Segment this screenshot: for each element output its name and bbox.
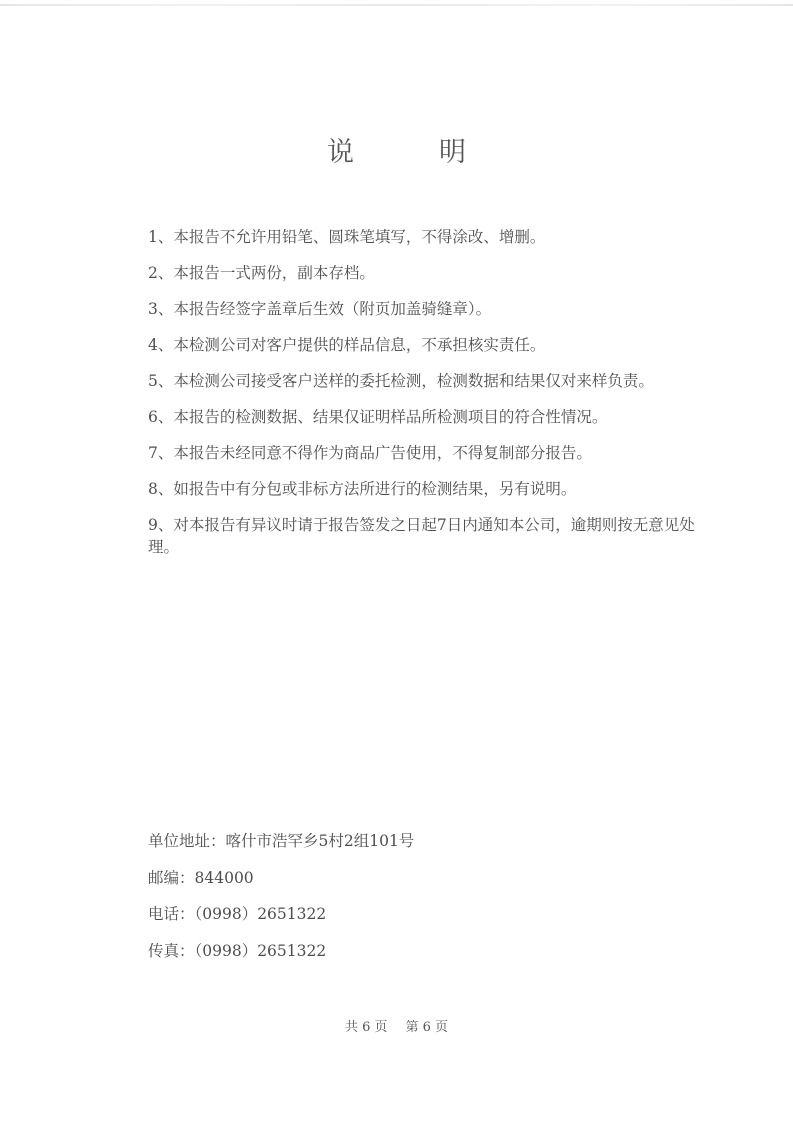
note-item-2: 2、本报告一式两份，副本存档。 bbox=[148, 262, 718, 284]
note-item-4: 4、本检测公司对客户提供的样品信息，不承担核实责任。 bbox=[148, 334, 718, 356]
scan-edge bbox=[0, 4, 793, 6]
title-char-1: 说 bbox=[327, 130, 354, 169]
phone: 电话：（0998）2651322 bbox=[148, 903, 648, 940]
postcode: 邮编：844000 bbox=[148, 867, 648, 904]
note-item-8: 8、如报告中有分包或非标方法所进行的检测结果，另有说明。 bbox=[148, 478, 718, 500]
note-item-6: 6、本报告的检测数据、结果仅证明样品所检测项目的符合性情况。 bbox=[148, 406, 718, 428]
total-pages: 共 6 页 bbox=[345, 1020, 388, 1035]
note-item-5: 5、本检测公司接受客户送样的委托检测，检测数据和结果仅对来样负责。 bbox=[148, 370, 718, 392]
page-title: 说明 bbox=[0, 130, 793, 169]
notes-list: 1、本报告不允许用铅笔、圆珠笔填写，不得涂改、增删。 2、本报告一式两份，副本存… bbox=[148, 226, 718, 572]
note-item-3: 3、本报告经签字盖章后生效（附页加盖骑缝章）。 bbox=[148, 298, 718, 320]
contact-info: 单位地址：喀什市浩罕乡5村2组101号 邮编：844000 电话：（0998）2… bbox=[148, 830, 648, 976]
current-page: 第 6 页 bbox=[406, 1020, 449, 1035]
title-char-2: 明 bbox=[439, 130, 466, 169]
page-footer: 共 6 页第 6 页 bbox=[0, 1016, 793, 1035]
note-item-1: 1、本报告不允许用铅笔、圆珠笔填写，不得涂改、增删。 bbox=[148, 226, 718, 248]
fax: 传真：（0998）2651322 bbox=[148, 940, 648, 977]
note-item-9: 9、对本报告有异议时请于报告签发之日起7日内通知本公司，逾期则按无意见处理。 bbox=[148, 514, 718, 558]
note-item-7: 7、本报告未经同意不得作为商品广告使用，不得复制部分报告。 bbox=[148, 442, 718, 464]
address: 单位地址：喀什市浩罕乡5村2组101号 bbox=[148, 830, 648, 867]
